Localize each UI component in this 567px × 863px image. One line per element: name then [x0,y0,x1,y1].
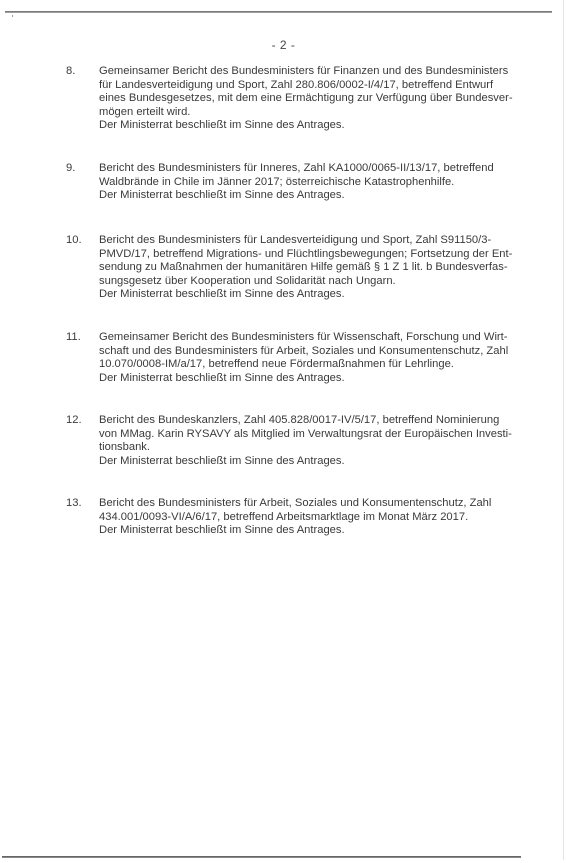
text-line: von MMag. Karin RYSAVY als Mitglied im V… [99,428,536,442]
bottom-rule [2,856,521,858]
item-number: 11. [66,331,81,345]
item-text: Gemeinsamer Bericht des Bundesministers … [99,331,536,385]
agenda-item-13: 13. Bericht des Bundesministers für Arbe… [66,497,536,538]
text-line: Bericht des Bundesministers für Landesve… [99,234,536,248]
text-line: 10.070/0008-IM/a/17, betreffend neue För… [99,358,536,372]
text-line: eines Bundesgesetzes, mit dem eine Ermäc… [99,92,536,106]
text-line: Gemeinsamer Bericht des Bundesministers … [99,331,536,345]
text-line: sendung zu Maßnahmen der humanitären Hil… [99,261,536,275]
agenda-item-12: 12. Bericht des Bundeskanzlers, Zahl 405… [66,414,536,468]
item-text: Bericht des Bundesministers für Landesve… [99,234,536,302]
item-number: 8. [66,65,75,79]
text-line: tionsbank. [99,441,536,455]
text-line: mögen erteilt wird. [99,106,536,120]
item-number: 9. [66,162,75,176]
text-line: Bericht des Bundesministers für Inneres,… [99,162,536,176]
decision-line: Der Ministerrat beschließt im Sinne des … [99,372,536,386]
item-number: 13. [66,497,82,511]
item-text: Bericht des Bundeskanzlers, Zahl 405.828… [99,414,536,468]
text-line: PMVD/17, betreffend Migrations- und Flüc… [99,248,536,262]
item-number: 12. [66,414,82,428]
text-line: für Landesverteidigung und Sport, Zahl 2… [99,79,536,93]
item-text: Gemeinsamer Bericht des Bundesministers … [99,65,536,133]
text-line: Bericht des Bundeskanzlers, Zahl 405.828… [99,414,536,428]
text-line: 434.001/0093-VI/A/6/17, betreffend Arbei… [99,511,536,525]
decision-line: Der Ministerrat beschließt im Sinne des … [99,189,536,203]
decision-line: Der Ministerrat beschließt im Sinne des … [99,288,536,302]
item-text: Bericht des Bundesministers für Arbeit, … [99,497,536,538]
page-edge [563,0,564,860]
agenda-item-9: 9. Bericht des Bundesministers für Inner… [66,162,536,203]
top-rule [5,11,552,13]
text-line: schaft und des Bundesministers für Arbei… [99,345,536,359]
text-line: Waldbrände in Chile im Jänner 2017; öste… [99,176,536,190]
page-number: - 2 - [0,38,567,52]
scan-mark [12,15,13,17]
item-text: Bericht des Bundesministers für Inneres,… [99,162,536,203]
text-line: sungsgesetz über Kooperation und Solidar… [99,275,536,289]
item-number: 10. [66,234,82,248]
text-line: Bericht des Bundesministers für Arbeit, … [99,497,536,511]
text-line: Gemeinsamer Bericht des Bundesministers … [99,65,536,79]
agenda-item-11: 11. Gemeinsamer Bericht des Bundesminist… [66,331,536,385]
decision-line: Der Ministerrat beschließt im Sinne des … [99,455,536,469]
agenda-item-10: 10. Bericht des Bundesministers für Land… [66,234,536,302]
decision-line: Der Ministerrat beschließt im Sinne des … [99,119,536,133]
decision-line: Der Ministerrat beschließt im Sinne des … [99,524,536,538]
agenda-item-8: 8. Gemeinsamer Bericht des Bundesministe… [66,65,536,133]
